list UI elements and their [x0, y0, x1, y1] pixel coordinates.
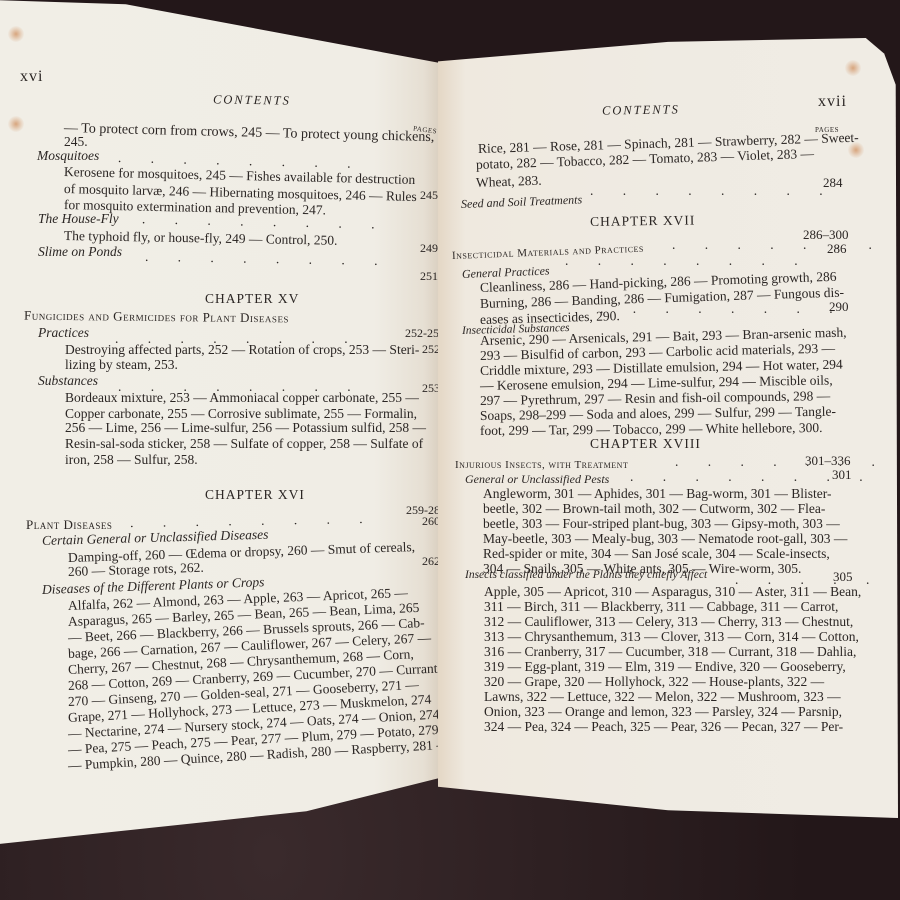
toc-line: Resin-sal-soda sticker, 258 — Sulfate of… [65, 435, 423, 452]
toc-line: Bordeaux mixture, 253 — Ammoniacal coppe… [65, 389, 419, 406]
dot-leader: . . . . . . . . [565, 252, 811, 269]
dot-leader: . . . . . . . . [600, 300, 846, 317]
toc-heading-house-fly: The House-Fly [38, 210, 119, 227]
toc-line: iron, 258 — Sulfur, 258. [65, 451, 198, 468]
toc-line: Wheat, 283. [476, 172, 542, 191]
toc-line: 324 — Pea, 324 — Peach, 325 — Pear, 326 … [484, 718, 843, 735]
page-number: 260 [422, 513, 440, 530]
page-number: 251 [420, 268, 438, 285]
dot-leader: . . . . . . . . [590, 182, 836, 199]
toc-heading-insects-classified: Insects classified under the Plants they… [465, 567, 707, 584]
page-number: 286 [827, 240, 847, 257]
right-folio: xvii [818, 93, 847, 110]
toc-heading-practices: Practices [38, 324, 89, 341]
left-running-head: CONTENTS [213, 91, 291, 109]
toc-heading-mosquitoes: Mosquitoes [37, 147, 99, 164]
page-number: 290 [829, 298, 849, 315]
right-running-head: CONTENTS [602, 101, 680, 119]
foxing-stain [845, 60, 861, 76]
chapter-title: CHAPTER XVII [590, 212, 696, 230]
toc-heading-substances: Substances [38, 372, 98, 389]
chapter-title: CHAPTER XVIII [590, 435, 701, 452]
dot-leader: . . . . . . . . [672, 236, 900, 253]
toc-heading-slime-on-ponds: Slime on Ponds [38, 243, 122, 260]
page-number: 245 [420, 187, 438, 204]
foxing-stain [8, 116, 24, 132]
left-folio: xvi [20, 68, 43, 85]
page-number: 301 [832, 466, 852, 483]
toc-line: lizing by steam, 253. [65, 356, 178, 373]
page-number: 284 [823, 174, 843, 191]
page-number: 249 [420, 240, 438, 257]
chapter-title: CHAPTER XV [205, 290, 299, 307]
page-number: 253 [422, 380, 440, 397]
page-number: 262 [422, 553, 440, 570]
toc-line: 256 — Lime, 256 — Lime-sulfur, 256 — Pot… [65, 419, 426, 436]
chapter-title: CHAPTER XVI [205, 486, 305, 503]
foxing-stain [8, 26, 24, 42]
page-number: 252 [422, 341, 440, 358]
